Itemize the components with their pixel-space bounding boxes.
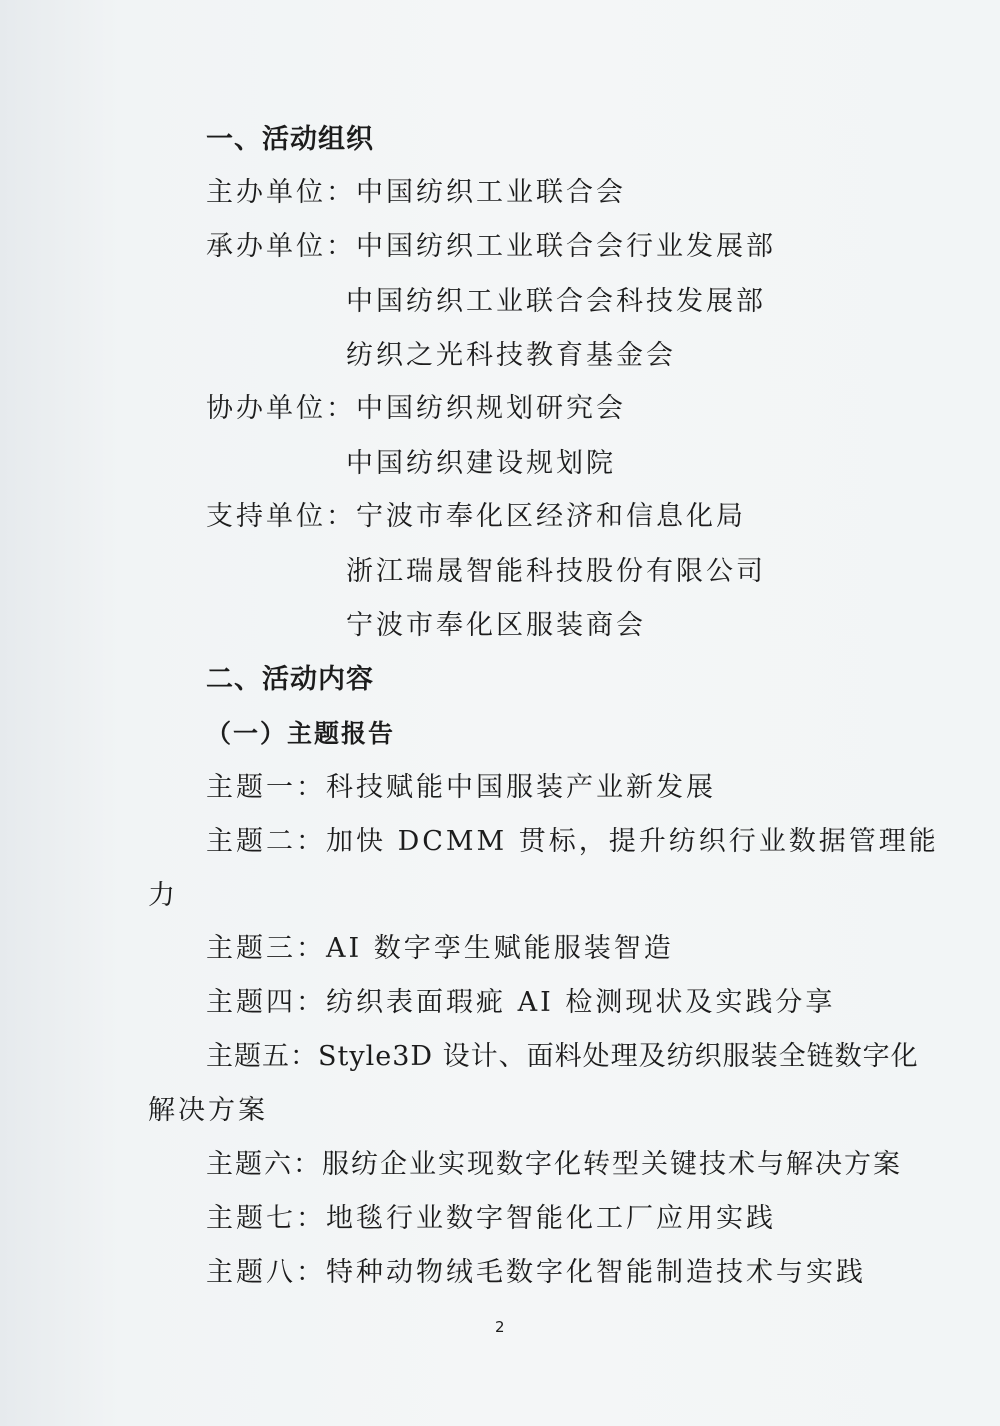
topic-text-continued: 解决方案 bbox=[148, 1095, 268, 1127]
topic-label: 主题一： bbox=[206, 772, 326, 803]
topic-label: 主题四： bbox=[206, 987, 326, 1018]
topic-label: 主题七： bbox=[206, 1203, 326, 1234]
organizer-value: 中国纺织建设规划院 bbox=[346, 448, 616, 480]
topic-text-continued: 力 bbox=[148, 880, 178, 912]
page-number: 2 bbox=[495, 1318, 505, 1336]
topic-text: 服纺企业实现数字化转型关键技术与解决方案 bbox=[322, 1149, 902, 1180]
organizer-value: 中国纺织工业联合会行业发展部 bbox=[356, 231, 776, 262]
topic-item: 主题七：地毯行业数字智能化工厂应用实践 bbox=[206, 1203, 776, 1235]
topic-text: AI 数字孪生赋能服装智造 bbox=[326, 933, 674, 964]
document-page: 一、活动组织 主办单位：中国纺织工业联合会 承办单位：中国纺织工业联合会行业发展… bbox=[0, 0, 1000, 1426]
topic-label: 主题六： bbox=[206, 1149, 322, 1180]
topic-label: 主题三： bbox=[206, 933, 326, 964]
topic-text: 特种动物绒毛数字化智能制造技术与实践 bbox=[326, 1257, 866, 1288]
organizer-label: 承办单位： bbox=[206, 231, 356, 263]
organizer-value: 宁波市奉化区经济和信息化局 bbox=[356, 501, 746, 532]
organizer-label: 主办单位： bbox=[206, 177, 356, 209]
organizer-co-organizer: 协办单位：中国纺织规划研究会 bbox=[206, 393, 626, 425]
topic-item: 主题三：AI 数字孪生赋能服装智造 bbox=[206, 933, 674, 965]
organizer-value: 中国纺织工业联合会 bbox=[356, 177, 626, 208]
organizer-value: 浙江瑞晟智能科技股份有限公司 bbox=[346, 556, 766, 588]
topic-label: 主题二： bbox=[206, 826, 326, 857]
organizer-value: 中国纺织规划研究会 bbox=[356, 393, 626, 424]
organizer-supporter: 支持单位：宁波市奉化区经济和信息化局 bbox=[206, 501, 746, 533]
section-heading-content: 二、活动内容 bbox=[206, 664, 374, 696]
topic-item: 主题四：纺织表面瑕疵 AI 检测现状及实践分享 bbox=[206, 987, 835, 1019]
organizer-value: 纺织之光科技教育基金会 bbox=[346, 340, 676, 372]
organizer-undertaker: 承办单位：中国纺织工业联合会行业发展部 bbox=[206, 231, 776, 263]
topic-text: 加快 DCMM 贯标，提升纺织行业数据管理能 bbox=[326, 826, 939, 857]
topic-item: 主题一：科技赋能中国服装产业新发展 bbox=[206, 772, 716, 804]
subsection-heading-keynotes: （一）主题报告 bbox=[206, 718, 395, 750]
organizer-label: 支持单位： bbox=[206, 501, 356, 533]
organizer-value: 中国纺织工业联合会科技发展部 bbox=[346, 286, 766, 318]
topic-label: 主题八： bbox=[206, 1257, 326, 1288]
topic-item: 主题二：加快 DCMM 贯标，提升纺织行业数据管理能 bbox=[206, 826, 939, 858]
topic-item: 主题八：特种动物绒毛数字化智能制造技术与实践 bbox=[206, 1257, 866, 1289]
organizer-label: 协办单位： bbox=[206, 393, 356, 425]
topic-label: 主题五： bbox=[206, 1041, 318, 1072]
section-heading-organization: 一、活动组织 bbox=[206, 124, 374, 156]
topic-item: 主题五：Style3D 设计、面料处理及纺织服装全链数字化 bbox=[206, 1041, 919, 1073]
organizer-value: 宁波市奉化区服装商会 bbox=[346, 610, 646, 642]
organizer-host: 主办单位：中国纺织工业联合会 bbox=[206, 177, 626, 209]
topic-text: 地毯行业数字智能化工厂应用实践 bbox=[326, 1203, 776, 1234]
topic-text: 纺织表面瑕疵 AI 检测现状及实践分享 bbox=[326, 987, 835, 1018]
topic-text: Style3D 设计、面料处理及纺织服装全链数字化 bbox=[318, 1041, 919, 1072]
topic-item: 主题六：服纺企业实现数字化转型关键技术与解决方案 bbox=[206, 1149, 902, 1181]
topic-text: 科技赋能中国服装产业新发展 bbox=[326, 772, 716, 803]
